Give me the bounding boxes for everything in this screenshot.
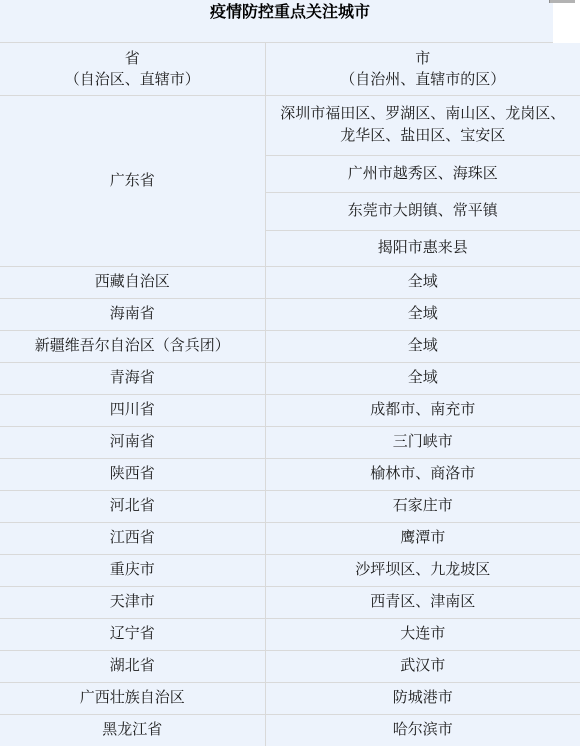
table-row: 青海省 全域 xyxy=(0,362,580,394)
city-cell: 西青区、津南区 xyxy=(265,586,580,618)
city-cell: 三门峡市 xyxy=(265,426,580,458)
city-cell: 鹰潭市 xyxy=(265,522,580,554)
table-row: 西藏自治区 全域 xyxy=(0,266,580,298)
page: 疫情防控重点关注城市 省 （自治区、直辖市） 市 （自治州、直辖市的区） 广东省… xyxy=(0,0,580,746)
city-cell: 全域 xyxy=(265,266,580,298)
header-row: 省 （自治区、直辖市） 市 （自治州、直辖市的区） xyxy=(0,43,580,95)
province-cell: 黑龙江省 xyxy=(0,714,265,746)
table-row: 重庆市 沙坪坝区、九龙坡区 xyxy=(0,554,580,586)
province-cell: 青海省 xyxy=(0,362,265,394)
province-cell: 湖北省 xyxy=(0,650,265,682)
table-row: 广东省 深圳市福田区、罗湖区、南山区、龙岗区、龙华区、盐田区、宝安区 xyxy=(0,95,580,155)
city-cell: 沙坪坝区、九龙坡区 xyxy=(265,554,580,586)
table-row: 广西壮族自治区 防城港市 xyxy=(0,682,580,714)
table-row: 河北省 石家庄市 xyxy=(0,490,580,522)
key-cities-table: 省 （自治区、直辖市） 市 （自治州、直辖市的区） 广东省 深圳市福田区、罗湖区… xyxy=(0,43,580,746)
province-cell: 辽宁省 xyxy=(0,618,265,650)
table-row: 陕西省 榆林市、商洛市 xyxy=(0,458,580,490)
table-row: 四川省 成都市、南充市 xyxy=(0,394,580,426)
table-row: 江西省 鹰潭市 xyxy=(0,522,580,554)
city-cell: 成都市、南充市 xyxy=(265,394,580,426)
province-cell: 天津市 xyxy=(0,586,265,618)
province-cell: 陕西省 xyxy=(0,458,265,490)
city-cell: 哈尔滨市 xyxy=(265,714,580,746)
city-cell: 东莞市大朗镇、常平镇 xyxy=(265,192,580,230)
city-cell: 武汉市 xyxy=(265,650,580,682)
title-bar: 疫情防控重点关注城市 xyxy=(0,0,580,43)
col-header-province: 省 （自治区、直辖市） xyxy=(0,43,265,95)
page-title: 疫情防控重点关注城市 xyxy=(210,4,370,21)
city-cell: 大连市 xyxy=(265,618,580,650)
city-cell: 全域 xyxy=(265,362,580,394)
province-cell: 新疆维吾尔自治区（含兵团） xyxy=(0,330,265,362)
table-row: 辽宁省 大连市 xyxy=(0,618,580,650)
col-header-province-line1: 省 xyxy=(12,48,253,69)
province-cell: 重庆市 xyxy=(0,554,265,586)
col-header-city-line1: 市 xyxy=(278,48,569,69)
province-cell: 江西省 xyxy=(0,522,265,554)
col-header-city: 市 （自治州、直辖市的区） xyxy=(265,43,580,95)
city-cell: 全域 xyxy=(265,330,580,362)
city-cell: 防城港市 xyxy=(265,682,580,714)
table-row: 河南省 三门峡市 xyxy=(0,426,580,458)
scrollbar-thumb[interactable] xyxy=(550,0,575,3)
table-row: 天津市 西青区、津南区 xyxy=(0,586,580,618)
province-cell: 广东省 xyxy=(0,95,265,266)
province-cell: 广西壮族自治区 xyxy=(0,682,265,714)
province-cell: 河北省 xyxy=(0,490,265,522)
city-cell: 全域 xyxy=(265,298,580,330)
scrollbar-corner xyxy=(553,0,580,43)
col-header-province-line2: （自治区、直辖市） xyxy=(12,69,253,90)
province-cell: 西藏自治区 xyxy=(0,266,265,298)
province-cell: 河南省 xyxy=(0,426,265,458)
city-cell: 深圳市福田区、罗湖区、南山区、龙岗区、龙华区、盐田区、宝安区 xyxy=(265,95,580,155)
table-row: 湖北省 武汉市 xyxy=(0,650,580,682)
province-cell: 四川省 xyxy=(0,394,265,426)
col-header-city-line2: （自治州、直辖市的区） xyxy=(278,69,569,90)
table-row: 新疆维吾尔自治区（含兵团） 全域 xyxy=(0,330,580,362)
city-cell: 广州市越秀区、海珠区 xyxy=(265,155,580,192)
city-cell: 揭阳市惠来县 xyxy=(265,230,580,266)
city-cell: 石家庄市 xyxy=(265,490,580,522)
table-row: 黑龙江省 哈尔滨市 xyxy=(0,714,580,746)
province-cell: 海南省 xyxy=(0,298,265,330)
table-row: 海南省 全域 xyxy=(0,298,580,330)
city-cell: 榆林市、商洛市 xyxy=(265,458,580,490)
